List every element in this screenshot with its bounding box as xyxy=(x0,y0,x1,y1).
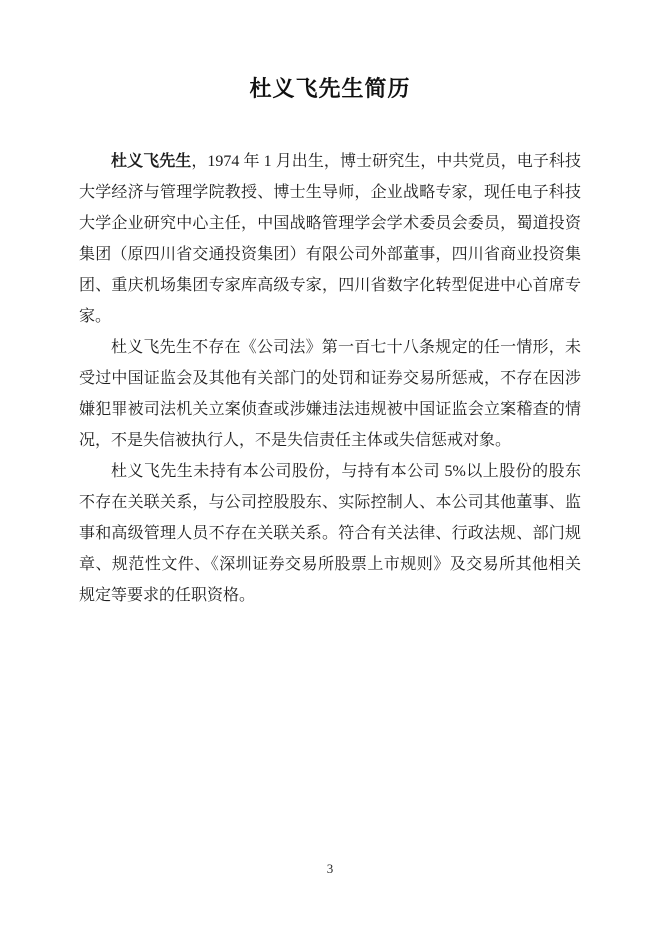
paragraph-bio: 杜义飞先生，1974 年 1 月出生，博士研究生，中共党员，电子科技大学经济与管… xyxy=(79,146,581,332)
document-page: 杜义飞先生简历 杜义飞先生，1974 年 1 月出生，博士研究生，中共党员，电子… xyxy=(0,0,660,933)
paragraph-bio-lead: 杜义飞先生 xyxy=(111,153,191,170)
paragraph-shareholding: 杜义飞先生未持有本公司股份，与持有本公司 5%以上股份的股东不存在关联关系，与公… xyxy=(79,456,581,611)
paragraph-shareholding-text: 杜义飞先生未持有本公司股份，与持有本公司 5%以上股份的股东不存在关联关系，与公… xyxy=(79,463,581,604)
page-number: 3 xyxy=(0,861,660,877)
paragraph-compliance: 杜义飞先生不存在《公司法》第一百七十八条规定的任一情形，未受过中国证监会及其他有… xyxy=(79,332,581,456)
paragraph-bio-text: ，1974 年 1 月出生，博士研究生，中共党员，电子科技大学经济与管理学院教授… xyxy=(79,153,581,325)
paragraph-compliance-text: 杜义飞先生不存在《公司法》第一百七十八条规定的任一情形，未受过中国证监会及其他有… xyxy=(79,339,581,449)
document-body: 杜义飞先生，1974 年 1 月出生，博士研究生，中共党员，电子科技大学经济与管… xyxy=(79,146,581,611)
page-title: 杜义飞先生简历 xyxy=(0,0,660,104)
